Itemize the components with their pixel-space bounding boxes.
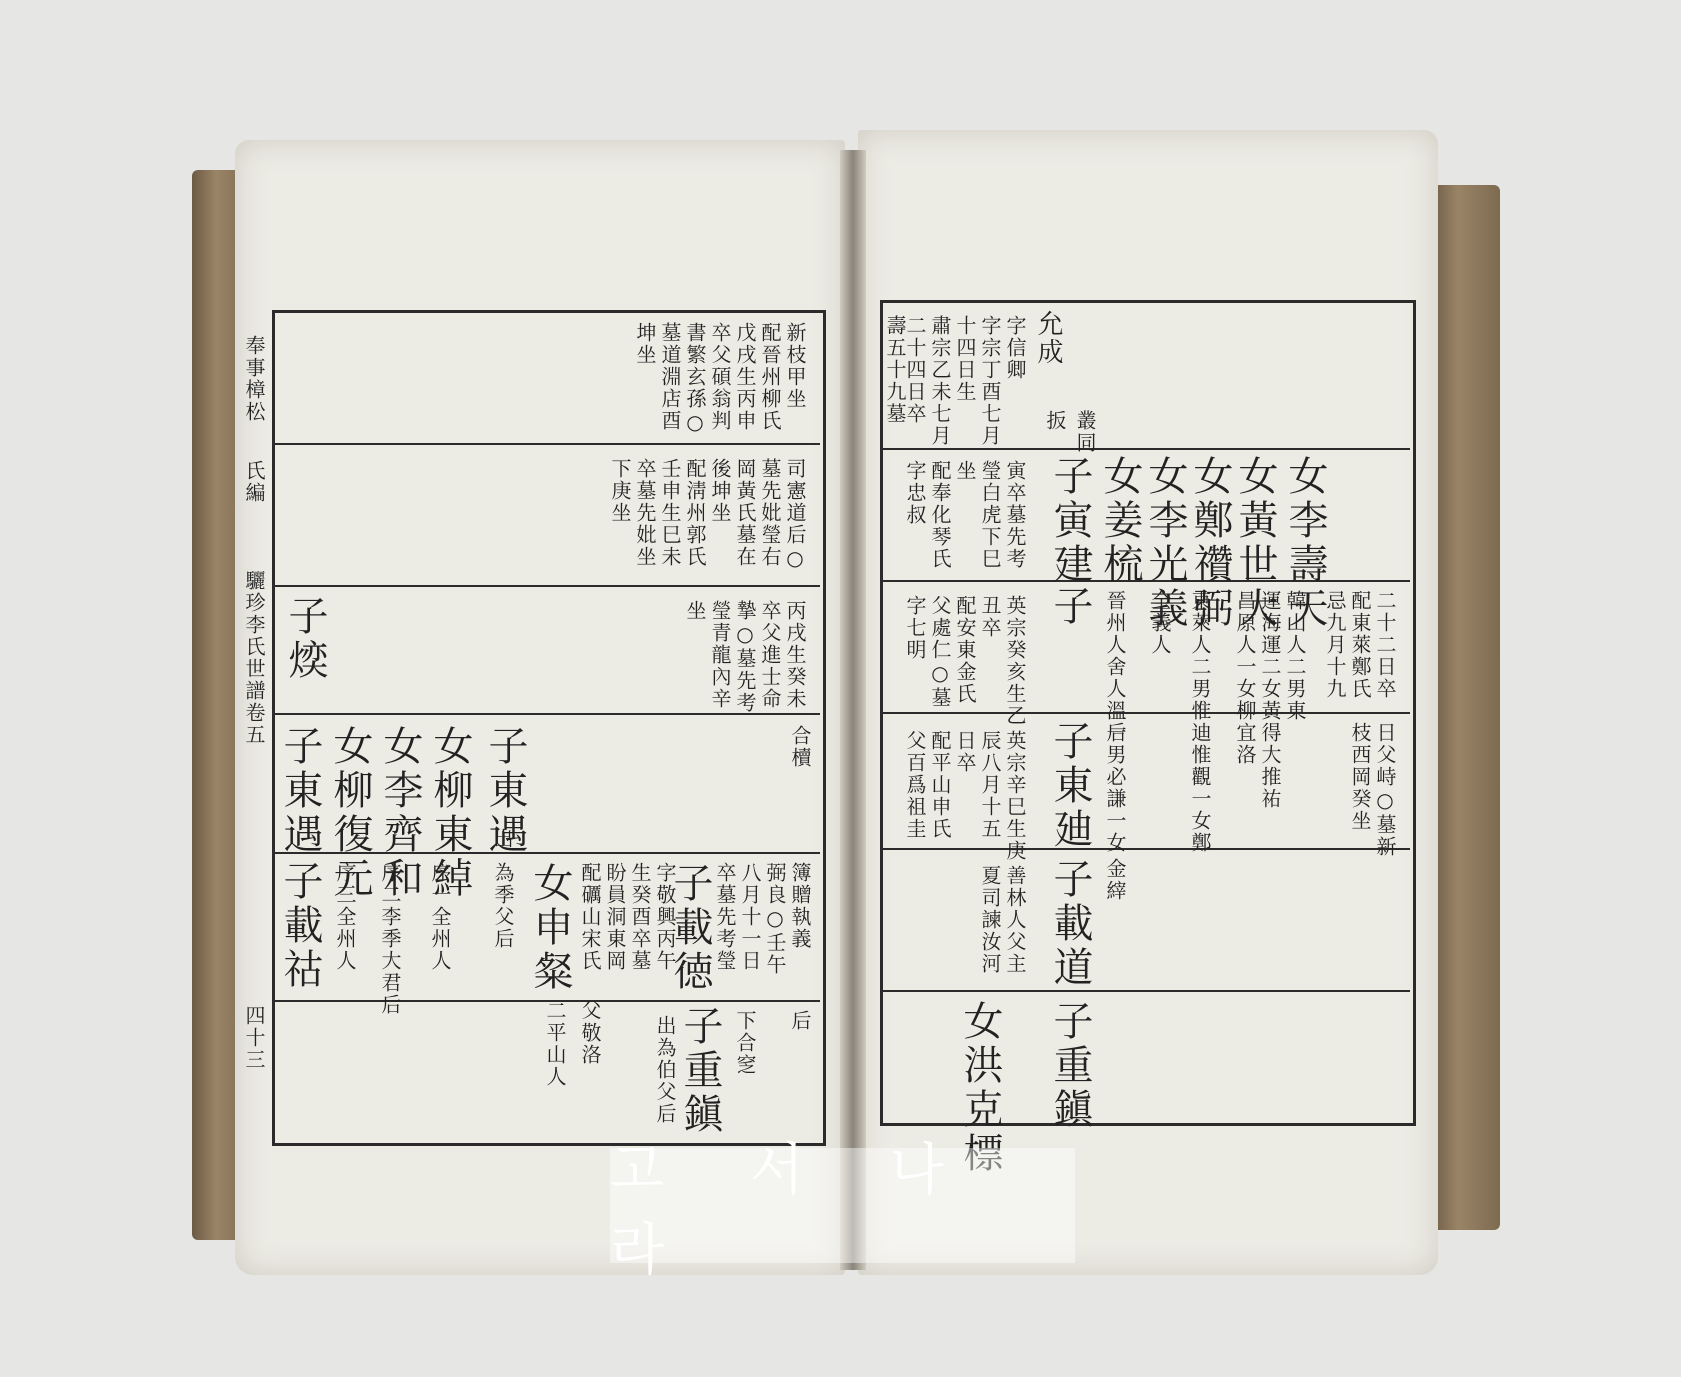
right-note: 寅卒墓先考 — [1005, 460, 1025, 570]
right-note: 枝西岡癸坐 — [1350, 722, 1370, 832]
spine-title: 驪珍李氏世譜卷五 — [244, 570, 264, 746]
left-note: 序二李季大君后 — [380, 862, 400, 1016]
right-note: 字宗丁酉七月 — [980, 315, 1000, 447]
left-text-col: 司憲道后○ — [785, 458, 805, 572]
book-cover-right — [1430, 185, 1500, 1230]
left-text-col: 墓先妣瑩右 — [760, 458, 780, 568]
right-note: 英宗癸亥生乙 — [1005, 595, 1025, 727]
left-text-col: 後坤坐 — [710, 458, 730, 524]
left-note: 八月十一日 — [740, 862, 760, 972]
right-heading: 子載道 — [1050, 858, 1090, 990]
left-text-col: 配淸州郭氏 — [685, 458, 705, 568]
left-note: 簿贈執義 — [790, 862, 810, 950]
right-note: 𧻷 — [1150, 722, 1170, 744]
book-gutter — [840, 150, 866, 1270]
right-note: 二十四日卒 — [905, 315, 925, 425]
left-note: 序一全州人 — [430, 862, 450, 972]
left-note: 出 — [492, 828, 512, 850]
right-note: 一男必謙一女 — [1105, 722, 1125, 854]
right-note: 十四日生 — [955, 315, 975, 403]
left-text-col: 壬申生巳未 — [660, 458, 680, 568]
left-note: 下合窆 — [735, 1010, 755, 1076]
left-heading: 女申粲 — [530, 862, 570, 994]
left-text-col: 卒墓先妣坐 — [635, 458, 655, 568]
right-rule-1 — [880, 448, 1410, 450]
left-text-col: 坐 — [685, 600, 705, 622]
right-note: 字七明 — [905, 595, 925, 661]
right-note: 瑩白虎下巳 — [980, 460, 1000, 570]
right-note: 善林人父主 — [1005, 865, 1025, 975]
left-note: 字敬興丙午 — [655, 862, 675, 972]
right-note: 東萊人二男惟 — [1190, 590, 1210, 722]
left-text-col: 戊戌生丙申 — [735, 322, 755, 432]
right-heading: 子𤏹 — [1050, 585, 1090, 673]
right-note: 扳 — [1045, 410, 1065, 432]
left-note: 出為伯父后 — [655, 1015, 675, 1125]
left-note: 卒墓先考瑩 — [715, 862, 735, 972]
left-heading: 子東遇 — [280, 725, 320, 857]
left-heading: 子㷜 — [285, 595, 325, 683]
right-note: 日卒 — [955, 730, 975, 774]
right-note: 得大推祐 — [1260, 722, 1280, 810]
right-note: 昌原人一女柳 — [1235, 590, 1255, 722]
spine-page-number: 四十三 — [244, 1005, 264, 1071]
left-text-col: 卒父進士命 — [760, 600, 780, 710]
left-note: 為季父后 — [493, 862, 513, 950]
left-note: 合櫝 — [790, 725, 810, 769]
left-text-col: 新枝甲坐 — [785, 322, 805, 410]
left-text-col: 卒父碩翁判 — [710, 322, 730, 432]
right-note: 配奉化琴氏 — [930, 460, 950, 570]
left-text-col: 丙戌生癸未 — [785, 600, 805, 710]
left-note: 弼良○壬午 — [765, 862, 785, 976]
left-note: 父敬洛 — [580, 1000, 600, 1066]
right-rule-4 — [880, 848, 1410, 850]
left-note: 序三全州人 — [335, 862, 355, 972]
left-heading: 子載祜 — [280, 860, 320, 992]
right-note: 字信卿 — [1005, 315, 1025, 381]
right-note: 宜洛 — [1235, 722, 1255, 766]
left-text-col: 墓道淵店酉 — [660, 322, 680, 432]
left-note: 配礪山宋氏 — [580, 862, 600, 972]
right-note: 英宗辛巳生庚 — [1005, 730, 1025, 862]
right-heading: 子東廸 — [1050, 720, 1090, 852]
right-note: 全義人 — [1150, 590, 1170, 656]
right-note: 父處仁○墓 — [930, 595, 950, 709]
right-heading: 女姜梳 — [1100, 455, 1140, 587]
right-note: 金縡 — [1105, 858, 1125, 902]
left-text-col: 瑩青龍內辛 — [710, 600, 730, 710]
right-note: 晉州人舍人溫后 — [1105, 590, 1125, 744]
right-note: 迪惟觀一女鄭 — [1190, 722, 1210, 854]
right-note: 壽五十九墓 — [885, 315, 905, 425]
right-note: 配東萊鄭氏 — [1350, 590, 1370, 700]
right-note: 丑卒 — [980, 595, 1000, 639]
left-rule-1 — [272, 443, 820, 445]
right-note: 夏司諫汝河 — [980, 865, 1000, 975]
right-note: 二十二日卒 — [1375, 590, 1395, 700]
right-note: 叢同 — [1075, 410, 1095, 454]
right-note: 坐 — [955, 460, 975, 482]
left-text-col: 下庚坐 — [610, 458, 630, 524]
left-note: 生癸酉卒墓 — [630, 862, 650, 972]
right-note: 配平山申氏 — [930, 730, 950, 840]
left-text-col: 配晉州柳氏 — [760, 322, 780, 432]
right-note: 配安東金氏 — [955, 595, 975, 705]
right-note: 韓山人二男東 — [1285, 590, 1305, 722]
spine-top-text: 奉事樟松 — [244, 335, 264, 423]
right-note: 辰八月十五 — [980, 730, 1000, 840]
left-text-col: 岡黃氏墓在 — [735, 458, 755, 568]
right-note: 忌九月十九 — [1325, 590, 1345, 700]
right-note: 父百爲祖圭 — [905, 730, 925, 840]
left-note: 后 — [790, 1010, 810, 1032]
left-note: 盼員洞東岡 — [605, 862, 625, 972]
right-name: 允成 — [1035, 310, 1061, 366]
right-rule-5 — [880, 990, 1410, 992]
right-note: 肅宗乙未七月 — [930, 315, 950, 447]
left-text-col: 坤坐 — [635, 322, 655, 366]
right-heading: 子寅建 — [1050, 455, 1090, 587]
left-note: 二平山人 — [545, 1000, 565, 1088]
left-text-col: 摯○墓先考 — [735, 600, 755, 714]
right-note: 字忠叔 — [905, 460, 925, 526]
left-text-col: 書繁玄孫○ — [685, 322, 705, 436]
right-heading: 子重鎭 — [1050, 1000, 1090, 1132]
left-rule-2 — [272, 585, 820, 587]
right-note: 日父峙○墓新 — [1375, 722, 1395, 858]
left-heading: 子重鎭 — [680, 1005, 720, 1137]
watermark: 고 서 나 라 — [610, 1148, 1075, 1263]
spine-section: 氏編 — [244, 460, 264, 504]
right-note: 運海運二女黃 — [1260, 590, 1280, 722]
right-rule-3 — [880, 712, 1410, 714]
